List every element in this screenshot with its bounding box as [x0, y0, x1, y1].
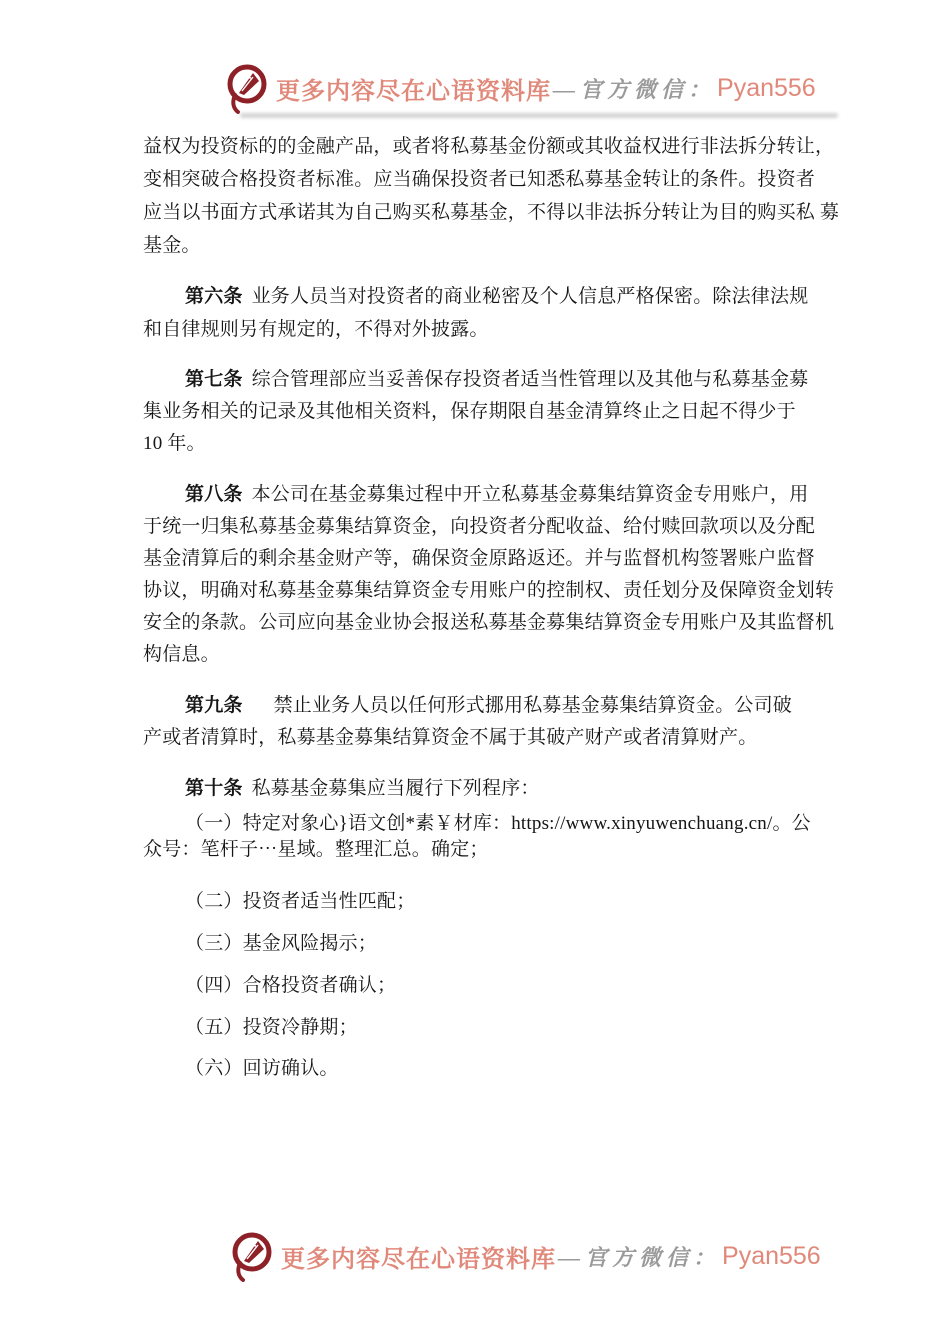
article-text: 私募基金募集应当履行下列程序： [252, 778, 540, 799]
paragraph-line: 基金清算后的剩余基金财产等，确保资金原路返还。并与监督机构签署账户监督 [143, 547, 815, 570]
article-number: 第六条 [185, 286, 243, 307]
article-number: 第八条 [185, 484, 243, 505]
paragraph-line: 应当以书面方式承诺其为自己购买私募基金，不得以非法拆分转让为目的购买私 募 [143, 201, 839, 224]
paragraph-line: 第六条业务人员当对投资者的商业秘密及个人信息严格保密。除法律法规 [185, 285, 808, 308]
paragraph-line: 第十条私募基金募集应当履行下列程序： [185, 777, 540, 800]
paragraph-line: 协议，明确对私募基金募集结算资金专用账户的控制权、责任划分及保障资金划转 [143, 579, 834, 602]
paragraph-line: 变相突破合格投资者标准。应当确保投资者已知悉私募基金转让的条件。投资者 [143, 168, 815, 191]
watermark-channel-text: —官方微信： [553, 73, 715, 104]
watermark-header: 更多内容尽在心语资料库 —官方微信： Pyan556 [226, 62, 816, 114]
article-number: 第十条 [185, 778, 243, 799]
paragraph-line: 安全的条款。公司应向基金业协会报送私募基金募集结算资金专用账户及其监督机 [143, 611, 834, 634]
brand-pen-logo-icon [231, 1230, 273, 1282]
list-item: 众号：笔杆子⋯星域。整理汇总。确定； [143, 838, 489, 861]
watermark-channel-text: —官方微信： [558, 1241, 720, 1272]
paragraph-line: 第九条禁止业务人员以任何形式挪用私募基金募集结算资金。公司破 [185, 694, 792, 717]
paragraph-line: 10 年。 [143, 432, 206, 455]
article-number: 第七条 [185, 369, 243, 390]
paragraph-line: 第七条综合管理部应当妥善保存投资者适当性管理以及其他与私募基金募 [185, 368, 808, 391]
list-item: （二）投资者适当性匹配； [185, 890, 415, 913]
article-text: 业务人员当对投资者的商业秘密及个人信息严格保密。除法律法规 [252, 286, 809, 307]
paragraph-line: 集业务相关的记录及其他相关资料，保存期限自基金清算终止之日起不得少于 [143, 400, 796, 423]
watermark-wechat-id: Pyan556 [717, 74, 816, 103]
paragraph-line: 于统一归集私募基金募集结算资金，向投资者分配收益、给付赎回款项以及分配 [143, 515, 815, 538]
article-text: 禁止业务人员以任何形式挪用私募基金募集结算资金。公司破 [274, 695, 792, 716]
list-item: （一）特定对象心}语文创*素￥材库：https://www.xinyuwench… [185, 812, 811, 835]
article-text: 综合管理部应当妥善保存投资者适当性管理以及其他与私募基金募 [252, 369, 809, 390]
paragraph-line: 益权为投资标的的金融产品，或者将私募基金份额或其收益权进行非法拆分转让， [143, 135, 834, 158]
paragraph-line: 构信息。 [143, 643, 220, 666]
article-number: 第九条 [185, 695, 243, 716]
watermark-wechat-id: Pyan556 [722, 1242, 821, 1271]
article-text: 本公司在基金募集过程中开立私募基金募集结算资金专用账户，用 [252, 484, 809, 505]
paragraph-line: 和自律规则另有规定的，不得对外披露。 [143, 318, 489, 341]
header-divider [240, 113, 838, 118]
list-item: （五）投资冷静期； [185, 1016, 358, 1039]
paragraph-line: 第八条本公司在基金募集过程中开立私募基金募集结算资金专用账户，用 [185, 483, 808, 506]
document-page: 更多内容尽在心语资料库 —官方微信： Pyan556 益权为投资标的的金融产品，… [0, 0, 950, 1344]
watermark-brand-text: 更多内容尽在心语资料库 [281, 1239, 556, 1274]
list-item: （三）基金风险揭示； [185, 932, 377, 955]
brand-pen-logo-icon [226, 62, 268, 114]
list-item: （六）回访确认。 [185, 1057, 339, 1080]
paragraph-line: 基金。 [143, 234, 201, 257]
watermark-footer: 更多内容尽在心语资料库 —官方微信： Pyan556 [231, 1230, 821, 1282]
watermark-brand-text: 更多内容尽在心语资料库 [276, 71, 551, 106]
list-item: （四）合格投资者确认； [185, 974, 396, 997]
paragraph-line: 产或者清算时，私募基金募集结算资金不属于其破产财产或者清算财产。 [143, 726, 757, 749]
